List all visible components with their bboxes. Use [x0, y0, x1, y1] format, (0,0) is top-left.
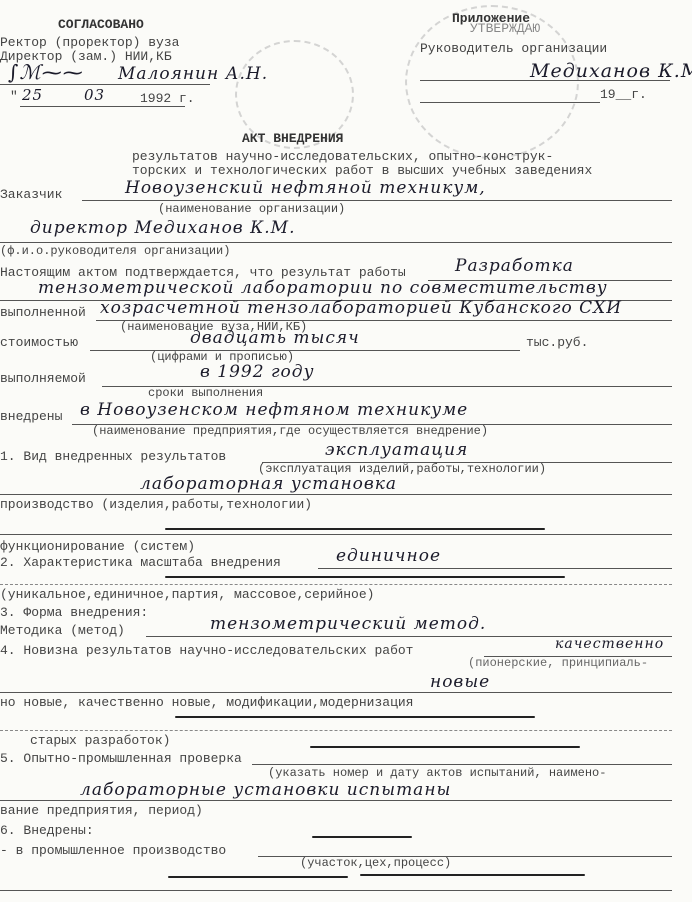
s6-handwritten-dash: [312, 836, 412, 838]
date-year: 1992 г.: [140, 92, 195, 106]
s4-value-2: новые: [430, 672, 490, 692]
s1-production: производство (изделия,работы,технологии): [0, 498, 312, 512]
s4-value-1: качественно: [555, 636, 664, 652]
s5-line-2: [0, 800, 672, 801]
director-value: директор Медиханов К.М.: [30, 218, 295, 238]
s4-hint: (пионерские, принципиаль-: [468, 656, 648, 670]
implemented-label: внедрены: [0, 410, 62, 424]
s1-functioning: функционирование (систем): [0, 540, 195, 554]
s5-handwritten-dash: [310, 746, 580, 748]
implemented-value: в Новоузенском нефтяном техникуме: [80, 400, 468, 420]
s3-method-label: Методика (метод): [0, 624, 125, 638]
work-value-1: Разработка: [455, 256, 574, 276]
signature-line-left: [0, 84, 210, 85]
s5-label: 5. Опытно-промышленная проверка: [0, 752, 242, 766]
s2-value: единичное: [336, 546, 441, 566]
date-line-left: [20, 106, 185, 107]
s1-line-2: [0, 494, 672, 495]
period-hint: сроки выполнения: [148, 386, 263, 400]
act-subtitle-1: результатов научно-исследовательских, оп…: [132, 150, 553, 164]
s4-handwritten-dash: [175, 716, 535, 718]
s6-hint: (участок,цех,процесс): [300, 856, 451, 870]
s4-hint-2: но новые, качественно новые, модификации…: [0, 696, 413, 710]
approved-heading: СОГЛАСОВАНО: [58, 18, 144, 32]
s1-value: эксплуатация: [325, 440, 468, 460]
director-line: [0, 242, 672, 243]
work-value-2: тензометрической лаборатории по совмести…: [38, 278, 608, 298]
signature-line-right: [420, 80, 670, 81]
s5-hint-2: вание предприятия, период): [0, 804, 203, 818]
date-line-right: [420, 102, 600, 103]
act-subtitle-2: торских и технологических работ в высших…: [132, 164, 592, 178]
s1-handwritten-dash: [165, 528, 545, 530]
s1-value-2: лабораторная установка: [140, 474, 397, 494]
date-day: 25: [22, 86, 43, 104]
s2-line-2: [0, 584, 672, 585]
s4-line-2: [0, 692, 672, 693]
customer-line: [82, 200, 672, 201]
s6-handwritten-dash-3: [360, 874, 585, 876]
period-value: в 1992 году: [200, 362, 314, 382]
act-title: АКТ ВНЕДРЕНИЯ: [242, 132, 343, 146]
s2-label: 2. Характеристика масштаба внедрения: [0, 556, 281, 570]
director-hint: (ф.и.о.руководителя организации): [0, 244, 230, 258]
cost-label: стоимостью: [0, 336, 78, 350]
cost-value: двадцать тысяч: [190, 328, 360, 348]
rector-label: Ректор (проректор) вуза: [0, 36, 179, 50]
period-label: выполняемой: [0, 372, 86, 386]
customer-label: Заказчик: [0, 188, 62, 202]
head-of-org-label: Руководитель организации: [420, 42, 607, 56]
s2-hint: (уникальное,единичное,партия, массовое,с…: [0, 588, 374, 602]
s6-item: - в промышленное производство: [0, 844, 226, 858]
s2-line: [318, 568, 672, 569]
s1-label: 1. Вид внедренных результатов: [0, 450, 226, 464]
date-open-quote: ": [10, 90, 18, 104]
implemented-hint: (наименование предприятия,где осуществля…: [92, 424, 488, 438]
approve-heading: УТВЕРЖДАЮ: [470, 22, 540, 36]
s3-method-value: тензометрический метод.: [210, 614, 486, 634]
customer-hint: (наименование организации): [158, 202, 345, 216]
date-month: 03: [84, 86, 105, 104]
s4-hint-3: старых разработок): [30, 734, 170, 748]
s4-line-3: [0, 730, 672, 731]
s6-line-2: [0, 890, 672, 891]
s5-value: лабораторные установки испытаны: [80, 780, 451, 800]
s2-handwritten-dash: [165, 576, 565, 578]
cost-unit: тыс.руб.: [526, 336, 588, 350]
s5-line: [252, 764, 672, 765]
signer-right-name: Медиханов К.М: [530, 60, 692, 82]
customer-value: Новоузенский нефтяной техникум,: [125, 178, 486, 198]
executed-value: хозрасчетной тензолабораторией Кубанског…: [100, 298, 622, 318]
s5-hint: (указать номер и дату актов испытаний, н…: [268, 766, 606, 780]
s4-label: 4. Новизна результатов научно-исследоват…: [0, 644, 413, 658]
s1-line-3: [0, 534, 672, 535]
s3-label: 3. Форма внедрения:: [0, 606, 148, 620]
signature-left: ∫ℳ⁓⁓: [8, 60, 84, 84]
signer-left-name: Малоянин А.Н.: [118, 64, 268, 84]
s6-label: 6. Внедрены:: [0, 824, 94, 838]
executed-label: выполненной: [0, 306, 86, 320]
date-year-right: 19__г.: [600, 88, 647, 102]
s6-handwritten-dash-2: [168, 876, 348, 878]
